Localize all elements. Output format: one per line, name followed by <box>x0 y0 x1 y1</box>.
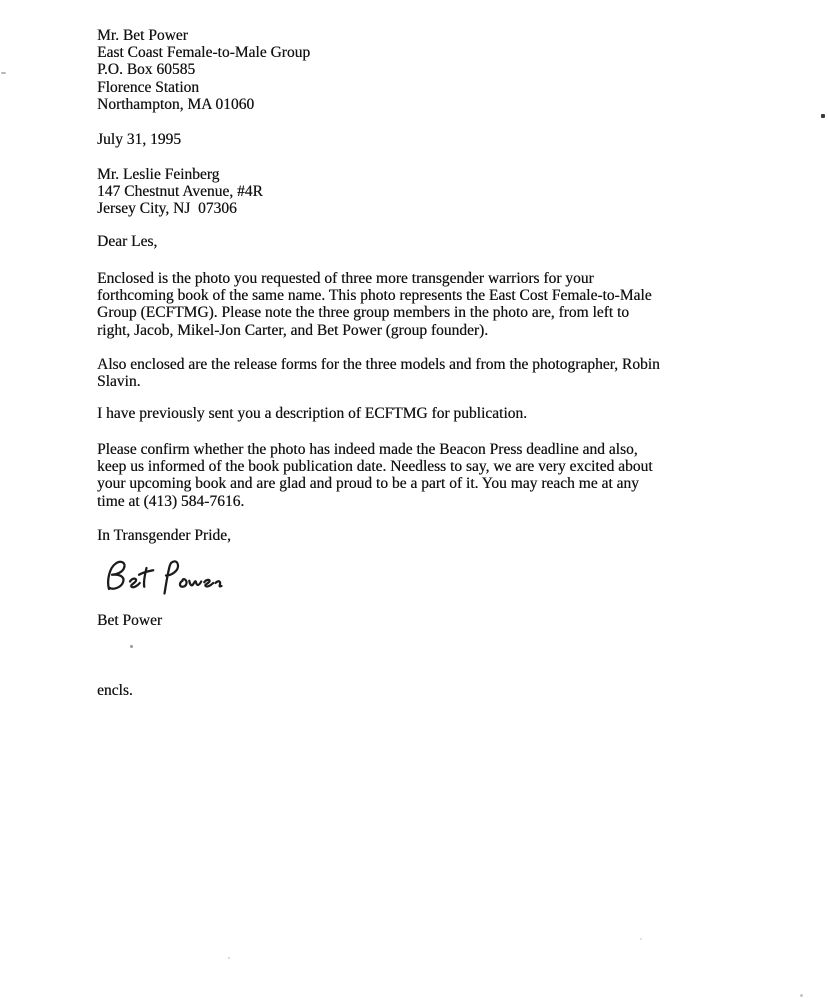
paragraph-line: your upcoming book and are glad and prou… <box>97 475 653 492</box>
body-paragraph-2: Also enclosed are the release forms for … <box>97 356 660 390</box>
body-paragraph-3: I have previously sent you a description… <box>97 405 527 422</box>
sender-address-block: Mr. Bet Power East Coast Female-to-Male … <box>97 27 310 113</box>
scan-speck <box>800 994 803 997</box>
paragraph-line: right, Jacob, Mikel-Jon Carter, and Bet … <box>97 322 652 339</box>
paragraph-line: I have previously sent you a description… <box>97 405 527 422</box>
paragraph-line: keep us informed of the book publication… <box>97 458 653 475</box>
paragraph-line: forthcoming book of the same name. This … <box>97 287 652 304</box>
paragraph-line: Enclosed is the photo you requested of t… <box>97 270 652 287</box>
recipient-city-state-zip: Jersey City, NJ 07306 <box>97 200 263 217</box>
body-paragraph-4: Please confirm whether the photo has ind… <box>97 441 653 510</box>
handwritten-signature <box>103 556 223 598</box>
scan-speck <box>1 72 6 74</box>
paragraph-line: Please confirm whether the photo has ind… <box>97 441 653 458</box>
recipient-address-block: Mr. Leslie Feinberg 147 Chestnut Avenue,… <box>97 166 263 218</box>
paragraph-line: Slavin. <box>97 373 660 390</box>
salutation: Dear Les, <box>97 233 157 250</box>
letter-page: Mr. Bet Power East Coast Female-to-Male … <box>0 0 828 1000</box>
sender-po-box: P.O. Box 60585 <box>97 61 310 78</box>
scan-speck <box>130 645 133 648</box>
sender-city-state-zip: Northampton, MA 01060 <box>97 96 310 113</box>
body-paragraph-1: Enclosed is the photo you requested of t… <box>97 270 652 339</box>
paragraph-line: Group (ECFTMG). Please note the three gr… <box>97 304 652 321</box>
scan-speck <box>821 114 825 118</box>
sender-station: Florence Station <box>97 79 310 96</box>
recipient-street: 147 Chestnut Avenue, #4R <box>97 183 263 200</box>
paragraph-line: Also enclosed are the release forms for … <box>97 356 660 373</box>
sender-organization: East Coast Female-to-Male Group <box>97 44 310 61</box>
scan-speck <box>228 957 230 959</box>
typed-signature-name: Bet Power <box>97 612 162 629</box>
enclosure-note: encls. <box>97 682 133 699</box>
paragraph-line: time at (413) 584-7616. <box>97 493 653 510</box>
scan-speck <box>640 938 642 940</box>
recipient-name: Mr. Leslie Feinberg <box>97 166 263 183</box>
letter-date: July 31, 1995 <box>97 131 181 148</box>
signature-strokes <box>103 556 223 598</box>
closing-line: In Transgender Pride, <box>97 527 231 544</box>
sender-name: Mr. Bet Power <box>97 27 310 44</box>
